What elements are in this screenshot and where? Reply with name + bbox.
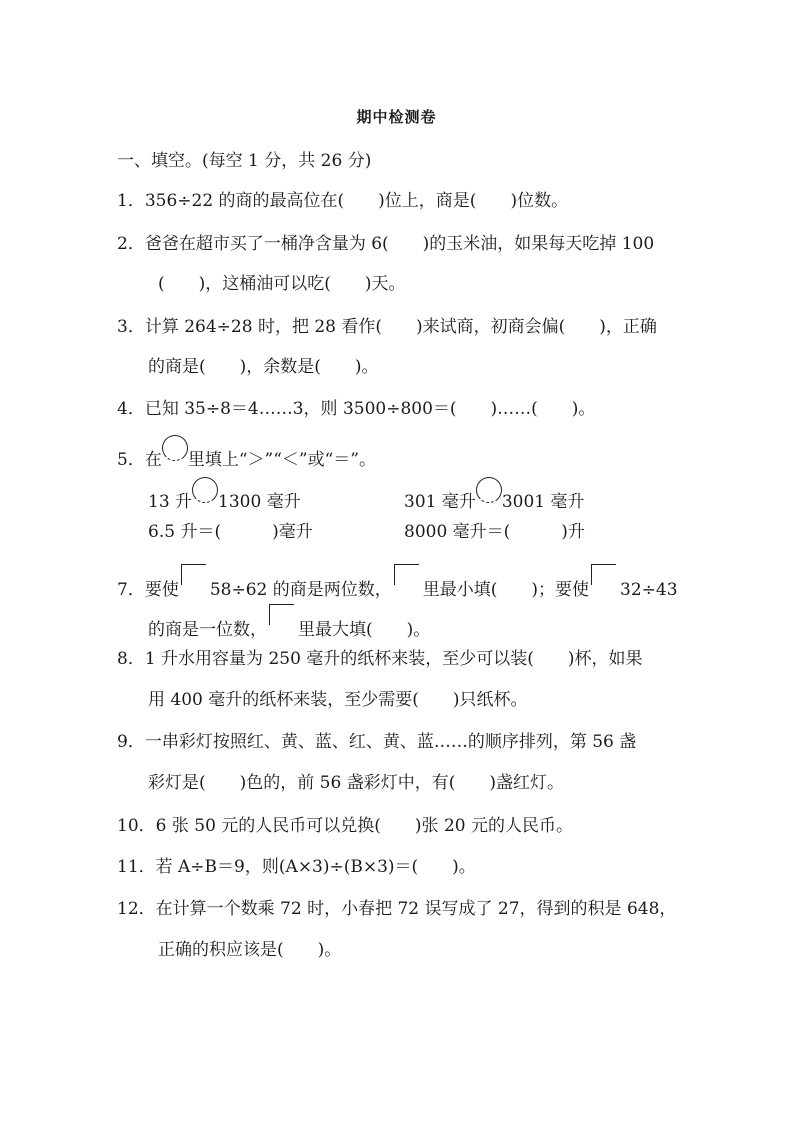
- digit-box-icon: [591, 564, 616, 585]
- question-9-line-1: 9．一串彩灯按照红、黄、蓝、红、黄、蓝……的顺序排列，第 56 盏: [117, 731, 636, 753]
- section-heading: 一、填空。(每空 1 分，共 26 分): [117, 150, 371, 172]
- question-11: 11．若 A÷B＝9，则(A×3)÷(B×3)＝( )。: [117, 856, 476, 878]
- question-7-line-2: 的商是一位数，里最大填( )。: [148, 610, 430, 641]
- digit-box-icon: [394, 564, 419, 585]
- compare-circle-icon: [162, 435, 188, 461]
- q5-row-2b: 8000 毫升＝( )升: [404, 521, 585, 543]
- question-9-line-2: 彩灯是( )色的，前 56 盏彩灯中，有( )盏红灯。: [148, 772, 564, 794]
- q5-prefix: 5．在: [117, 450, 162, 470]
- question-2-line-1: 2．爸爸在超市买了一桶净含量为 6( )的玉米油，如果每天吃掉 100: [117, 233, 654, 255]
- question-12-line-1: 12．在计算一个数乘 72 时，小春把 72 误写成了 27，得到的积是 648…: [117, 898, 676, 920]
- digit-box-icon: [269, 604, 294, 625]
- question-12-line-2: 正确的积应该是( )。: [158, 939, 341, 961]
- q5-row-1a: 13 升1300 毫升: [148, 485, 301, 513]
- question-4: 4．已知 35÷8＝4……3，则 3500÷800＝( )……( )。: [117, 398, 595, 420]
- q5-row-1b: 301 毫升3001 毫升: [404, 485, 585, 513]
- question-3-line-2: 的商是( )，余数是( )。: [148, 356, 379, 378]
- question-8-line-2: 用 400 毫升的纸杯来装，至少需要( )只纸杯。: [148, 689, 528, 711]
- page-title: 期中检测卷: [0, 106, 793, 127]
- digit-box-icon: [181, 564, 206, 585]
- question-3-line-1: 3．计算 264÷28 时，把 28 看作( )来试商，初商会偏( )，正确: [117, 316, 657, 338]
- question-2-line-2: ( )，这桶油可以吃( )天。: [158, 273, 406, 295]
- q5-row-2a: 6.5 升＝( )毫升: [148, 521, 313, 543]
- question-5: 5．在里填上“＞”“＜”或“＝”。: [117, 443, 376, 471]
- answer-circle-2[interactable]: [476, 477, 502, 503]
- q5-instruction: 里填上“＞”“＜”或“＝”。: [188, 450, 376, 470]
- question-8-line-1: 8．1 升水用容量为 250 毫升的纸杯来装，至少可以装( )杯，如果: [117, 648, 643, 670]
- question-10: 10．6 张 50 元的人民币可以兑换( )张 20 元的人民币。: [117, 815, 573, 837]
- question-7-line-1: 7．要使58÷62 的商是两位数，里最小填( )；要使32÷43: [117, 570, 678, 601]
- question-1: 1．356÷22 的商的最高位在( )位上，商是( )位数。: [117, 190, 568, 212]
- answer-circle-1[interactable]: [192, 477, 218, 503]
